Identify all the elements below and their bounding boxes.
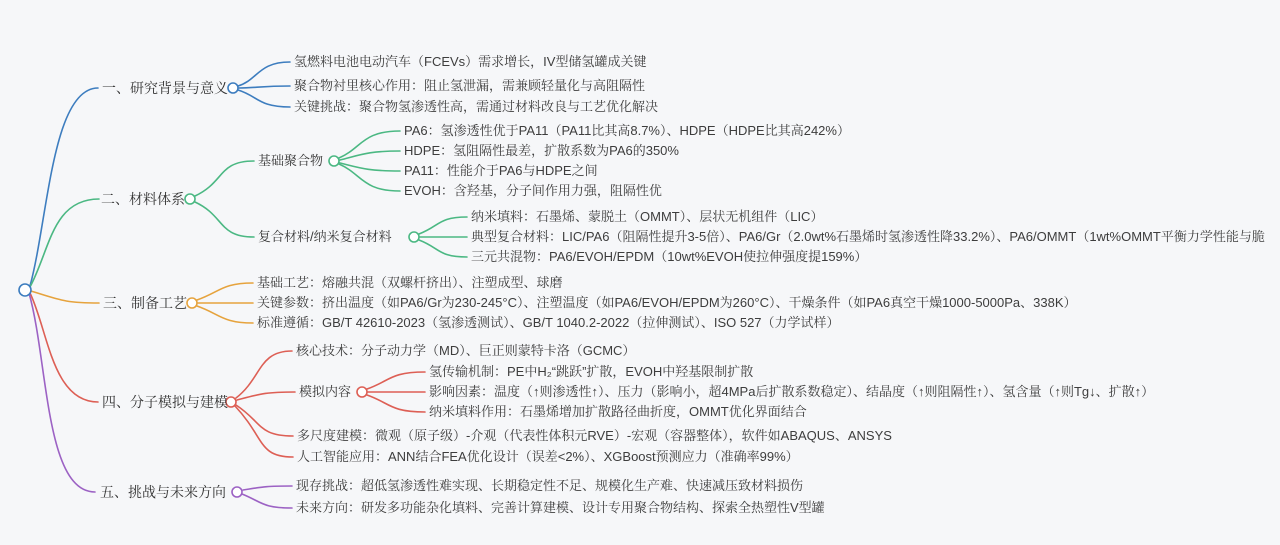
connector <box>195 202 254 237</box>
connector <box>235 406 293 457</box>
branch-challenges-future[interactable]: 五、挑战与未来方向 <box>100 482 226 502</box>
connector <box>239 86 290 88</box>
node-base-polymers[interactable]: 基础聚合物 <box>258 152 323 170</box>
leaf-evoh[interactable]: EVOH：含羟基，分子间作用力强，阻隔性优 <box>404 182 662 200</box>
node-toggle-circle[interactable] <box>357 387 367 397</box>
leaf-future-directions[interactable]: 未来方向：研发多功能杂化填料、完善计算建模、设计专用聚合物结构、探索全热塑性V型… <box>296 499 825 517</box>
connector <box>419 217 467 234</box>
mindmap-canvas: 一、研究背景与意义 氢燃料电池电动汽车（FCEVs）需求增长，IV型储氢罐成关键… <box>0 0 1280 545</box>
leaf-current-challenges[interactable]: 现存挑战：超低氢渗透性难实现、长期稳定性不足、规模化生产难、快速减压致材料损伤 <box>296 477 803 495</box>
connector <box>236 405 293 436</box>
connector <box>243 486 292 490</box>
connector <box>30 199 99 287</box>
node-composites[interactable]: 复合材料/纳米复合材料 <box>258 228 392 246</box>
node-toggle-circle[interactable] <box>409 232 419 242</box>
connector <box>31 291 99 303</box>
leaf-hdpe[interactable]: HDPE：氢阻隔性最差，扩散系数为PA6的350% <box>404 142 679 160</box>
connector <box>367 395 425 412</box>
leaf-hydrogen-transport[interactable]: 氢传输机制：PE中H₂“跳跃”扩散，EVOH中羟基限制扩散 <box>429 363 753 381</box>
leaf-nanofillers[interactable]: 纳米填料：石墨烯、蒙脱土（OMMT）、层状无机组件（LIC） <box>471 208 823 226</box>
connector <box>419 240 467 257</box>
node-toggle-circle[interactable] <box>228 83 238 93</box>
leaf-multiscale-modeling[interactable]: 多尺度建模：微观（原子级）-介观（代表性体积元RVE）-宏观（容器整体），软件如… <box>297 427 892 445</box>
branch-research-background[interactable]: 一、研究背景与意义 <box>102 78 228 98</box>
connector <box>242 494 292 508</box>
connector <box>197 306 253 323</box>
leaf-fcev-demand[interactable]: 氢燃料电池电动汽车（FCEVs）需求增长，IV型储氢罐成关键 <box>294 53 646 71</box>
leaf-key-parameters[interactable]: 关键参数：挤出温度（如PA6/Gr为230-245°C）、注塑温度（如PA6/E… <box>257 294 1077 312</box>
branch-molecular-simulation[interactable]: 四、分子模拟与建模 <box>102 392 228 412</box>
connector <box>29 293 95 492</box>
connector <box>238 90 290 107</box>
connector <box>238 62 290 86</box>
node-simulation-content[interactable]: 模拟内容 <box>299 383 351 401</box>
branch-preparation-process[interactable]: 三、制备工艺 <box>103 293 187 313</box>
connector <box>339 131 400 158</box>
leaf-typical-composites[interactable]: 典型复合材料：LIC/PA6（阻隔性提升3-5倍）、PA6/Gr（2.0wt%石… <box>471 228 1265 246</box>
node-toggle-circle[interactable] <box>185 194 195 204</box>
connector <box>195 161 254 196</box>
root-node-circle[interactable] <box>19 284 31 296</box>
leaf-liner-role[interactable]: 聚合物衬里核心作用：阻止氢泄漏，需兼顾轻量化与高阻隔性 <box>294 77 645 95</box>
node-toggle-circle[interactable] <box>187 298 197 308</box>
leaf-ai-application[interactable]: 人工智能应用：ANN结合FEA优化设计（误差<2%）、XGBoost预测应力（准… <box>297 448 799 466</box>
leaf-standards[interactable]: 标准遵循：GB/T 42610-2023（氢渗透测试）、GB/T 1040.2-… <box>257 314 840 332</box>
leaf-base-process[interactable]: 基础工艺：熔融共混（双螺杆挤出）、注塑成型、球磨 <box>257 274 563 292</box>
leaf-core-technology[interactable]: 核心技术：分子动力学（MD）、巨正则蒙特卡洛（GCMC） <box>296 342 635 360</box>
connector <box>237 392 295 400</box>
leaf-key-challenge[interactable]: 关键挑战：聚合物氢渗透性高，需通过材料改良与工艺优化解决 <box>294 98 658 116</box>
connector <box>30 88 98 286</box>
node-toggle-circle[interactable] <box>329 156 339 166</box>
leaf-nanofiller-effect[interactable]: 纳米填料作用：石墨烯增加扩散路径曲折度，OMMT优化界面结合 <box>429 403 807 421</box>
leaf-pa11[interactable]: PA11：性能介于PA6与HDPE之间 <box>404 162 598 180</box>
connector <box>236 351 292 398</box>
connector <box>367 372 425 389</box>
branch-material-system[interactable]: 二、材料体系 <box>101 189 185 209</box>
leaf-ternary-blend[interactable]: 三元共混物：PA6/EVOH/EPDM（10wt%EVOH使拉伸强度提159%） <box>471 248 867 266</box>
leaf-influencing-factors[interactable]: 影响因素：温度（↑则渗透性↑）、压力（影响小，超4MPa后扩散系数稳定）、结晶度… <box>429 383 1154 401</box>
leaf-pa6[interactable]: PA6：氢渗透性优于PA11（PA11比其高8.7%）、HDPE（HDPE比其高… <box>404 122 850 140</box>
connector <box>197 283 253 300</box>
connector <box>339 164 400 191</box>
node-toggle-circle[interactable] <box>232 487 242 497</box>
